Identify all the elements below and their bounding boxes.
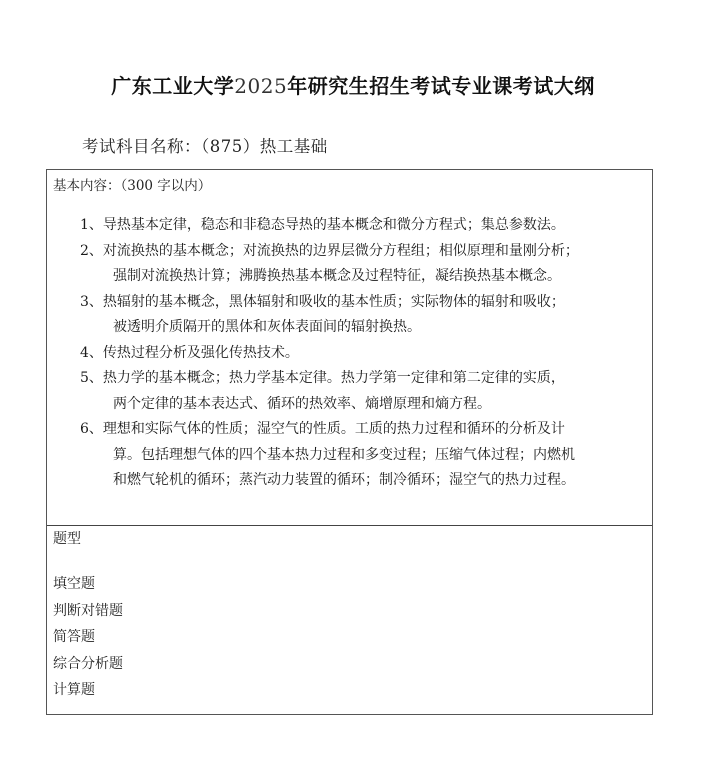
content-item-6: 6、理想和实际气体的性质；湿空气的性质。工质的热力过程和循环的分析及计 算。包括… [80, 417, 650, 494]
document-title: 广东工业大学2025年研究生招生考试专业课考试大纲 [0, 70, 706, 99]
content-item-4: 4、传热过程分析及强化传热技术。 [80, 341, 650, 367]
content-item-1: 1、导热基本定律，稳态和非稳态导热的基本概念和微分方程式；集总参数法。 [80, 213, 650, 239]
title-year: 2025 [234, 74, 287, 98]
exam-subject: 考试科目名称：（875）热工基础 [82, 133, 328, 157]
content-line: 和燃气轮机的循环；蒸汽动力装置的循环；制冷循环；湿空气的热力过程。 [80, 468, 650, 494]
content-line: 两个定律的基本表达式、循环的热效率、熵增原理和熵方程。 [80, 392, 650, 418]
question-types-section: 题型 填空题 判断对错题 简答题 综合分析题 计算题 [47, 526, 652, 714]
question-types-label: 题型 [53, 528, 81, 548]
content-line: 4、传热过程分析及强化传热技术。 [80, 341, 650, 367]
question-types-list: 填空题 判断对错题 简答题 综合分析题 计算题 [53, 571, 123, 704]
basic-content-section: 基本内容：（300 字以内） 1、导热基本定律，稳态和非稳态导热的基本概念和微分… [47, 170, 652, 526]
title-suffix: 年研究生招生考试专业课考试大纲 [287, 74, 595, 98]
basic-content-list: 1、导热基本定律，稳态和非稳态导热的基本概念和微分方程式；集总参数法。 2、对流… [80, 213, 650, 494]
content-line: 2、对流换热的基本概念；对流换热的边界层微分方程组；相似原理和量刚分析； [80, 239, 650, 265]
content-line: 1、导热基本定律，稳态和非稳态导热的基本概念和微分方程式；集总参数法。 [80, 213, 650, 239]
question-type-item: 综合分析题 [53, 651, 123, 678]
content-item-2: 2、对流换热的基本概念；对流换热的边界层微分方程组；相似原理和量刚分析； 强制对… [80, 239, 650, 290]
content-line: 算。包括理想气体的四个基本热力过程和多变过程；压缩气体过程；内燃机 [80, 443, 650, 469]
content-line: 6、理想和实际气体的性质；湿空气的性质。工质的热力过程和循环的分析及计 [80, 417, 650, 443]
content-line: 5、热力学的基本概念；热力学基本定律。热力学第一定律和第二定律的实质， [80, 366, 650, 392]
question-type-item: 计算题 [53, 677, 123, 704]
question-type-item: 简答题 [53, 624, 123, 651]
title-prefix: 广东工业大学 [111, 74, 234, 98]
content-line: 3、热辐射的基本概念，黑体辐射和吸收的基本性质；实际物体的辐射和吸收； [80, 290, 650, 316]
content-line: 被透明介质隔开的黑体和灰体表面间的辐射换热。 [80, 315, 650, 341]
question-type-item: 填空题 [53, 571, 123, 598]
subject-label: 考试科目名称： [82, 137, 201, 156]
content-line: 强制对流换热计算；沸腾换热基本概念及过程特征，凝结换热基本概念。 [80, 264, 650, 290]
content-item-3: 3、热辐射的基本概念，黑体辐射和吸收的基本性质；实际物体的辐射和吸收； 被透明介… [80, 290, 650, 341]
subject-value: （875）热工基础 [201, 137, 328, 156]
question-type-item: 判断对错题 [53, 598, 123, 625]
basic-content-label: 基本内容：（300 字以内） [53, 174, 211, 194]
syllabus-table: 基本内容：（300 字以内） 1、导热基本定律，稳态和非稳态导热的基本概念和微分… [46, 169, 653, 715]
content-item-5: 5、热力学的基本概念；热力学基本定律。热力学第一定律和第二定律的实质， 两个定律… [80, 366, 650, 417]
